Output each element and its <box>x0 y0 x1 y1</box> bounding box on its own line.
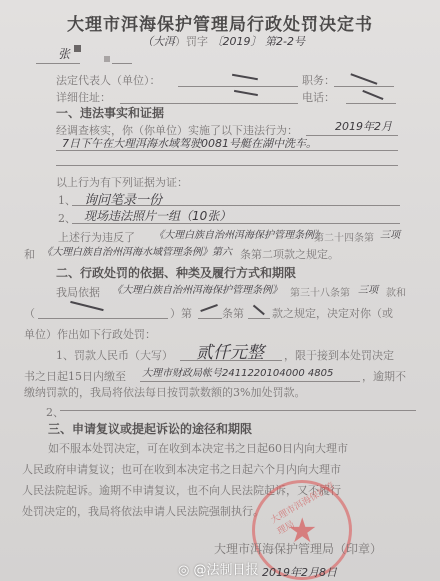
redaction-block <box>104 56 110 62</box>
penalty1-line2-prefix: 书之日起15日内缴至 <box>24 368 126 384</box>
underline <box>56 150 398 151</box>
position-field <box>334 86 394 87</box>
blank-strike <box>70 301 103 311</box>
blank-strike <box>234 90 258 96</box>
weibo-watermark: ◎ @法制日报 <box>178 559 259 578</box>
blank-strike <box>200 304 217 312</box>
issue-date: 2019年2月8日 <box>262 564 337 580</box>
section-heading-2: 二、行政处罚的依据、种类及履行方式和期限 <box>56 264 296 281</box>
basis-line2-open: （ <box>24 305 35 321</box>
underline <box>72 223 400 224</box>
underline <box>36 63 80 64</box>
section-heading-1: 一、违法事实和证据 <box>56 104 164 121</box>
underline <box>180 360 282 361</box>
watermark-text: @法制日报 <box>193 563 258 578</box>
legal-rep-label: 法定代表人（单位）： <box>56 72 161 88</box>
blank-strike <box>253 305 265 315</box>
doc-number-prefix: （大洱 <box>142 35 175 48</box>
basis-item: 三项 <box>358 281 378 296</box>
evidence-item-2: 现场违法照片一组（10张） <box>84 207 231 224</box>
blank-strike <box>363 90 384 100</box>
penalty1-line3: 缴纳罚款的，我局将依法每日按罚款数额的3%加处罚款。 <box>24 384 305 400</box>
underline <box>306 135 398 136</box>
violation-law-1: 《大理白族自治州洱海保护管理条例》 <box>154 226 324 241</box>
penalty1-line2-suffix: ，逾期不 <box>362 368 406 384</box>
basis-line2-close: ）第 <box>170 305 192 321</box>
appeal-line-2: 人民政府申请复议；也可在收到本决定书之日起六个月内向大理市 <box>22 461 341 477</box>
doc-number: （大洱）罚字 〔2019〕 第2-2号 <box>142 33 305 49</box>
issuer-name: 大理市洱海保护管理局（印章） <box>214 540 382 557</box>
penalty1-suffix: ，限于接到本处罚决定 <box>284 347 394 363</box>
violation-item: 三项 <box>380 226 400 241</box>
underline <box>140 381 360 382</box>
underline <box>72 205 400 206</box>
weibo-icon: ◎ <box>178 563 189 578</box>
position-label: 职务： <box>302 72 335 88</box>
evidence-intro: 以上行为有下列证据为证： <box>56 174 188 190</box>
underline <box>198 318 222 319</box>
underline <box>56 165 398 166</box>
basis-line2-end: 款之规定，决定对你（或 <box>272 305 393 321</box>
basis-line2-article: 条第 <box>222 305 244 321</box>
fact-handwritten-1: 2019年2月 <box>335 118 392 134</box>
phone-field <box>346 103 396 104</box>
violation-article: 第二十四条第 <box>314 229 374 244</box>
basis-article: 第三十八条第 <box>290 284 350 299</box>
basis-line3: 单位）作出如下行政处罚： <box>24 326 156 342</box>
section-heading-3: 三、申请复议或提起诉讼的途径和期限 <box>48 420 252 437</box>
document-page: 大理市洱海保护管理局行政处罚决定书 （大洱）罚字 〔2019〕 第2-2号 张 … <box>0 0 440 581</box>
penalty2-num: 2、 <box>46 404 64 420</box>
document-title: 大理市洱海保护管理局行政处罚决定书 <box>0 10 440 35</box>
fact-handwritten-2: 7日下午在大理洱海水域驾驶0081号艇在湖中洗车。 <box>62 135 317 151</box>
phone-label: 电话： <box>302 89 335 105</box>
redaction-block <box>74 45 81 52</box>
basis-law: 《大理白族自治州洱海保护管理条例》 <box>112 281 282 296</box>
underline <box>112 63 132 64</box>
doc-number-mid: ）罚字 <box>175 35 208 48</box>
blank-strike <box>351 73 378 84</box>
appeal-line-1: 如不服本处罚决定，可在收到本决定书之日起60日内向大理市 <box>48 440 348 456</box>
address-label: 详细住址： <box>56 89 111 105</box>
basis-suffix: 款和 <box>386 284 406 299</box>
legal-rep-field <box>178 86 298 87</box>
underline <box>60 410 416 411</box>
party-name: 张 <box>58 45 70 62</box>
basis-prefix: 我局依据 <box>56 284 100 300</box>
blank-strike <box>232 74 258 80</box>
appeal-line-4: 处罚决定的，我局将依法申请人民法院强制执行。 <box>22 503 264 519</box>
doc-number-num: 第2-2号 <box>265 35 305 48</box>
payment-account: 大理市财政局帐号2411220104000 4805 <box>142 364 333 379</box>
penalty1-prefix: 1、罚款人民币（大写） <box>56 347 173 363</box>
underline <box>248 318 270 319</box>
violation-law-2: 《大理白族自治州洱海水域管理条例》第六 <box>42 243 232 258</box>
underline <box>38 318 168 319</box>
violation-suffix: 条第二项款之规定。 <box>240 246 339 262</box>
doc-number-year: 〔2019〕 <box>212 35 262 48</box>
violation-and: 和 <box>24 246 35 262</box>
